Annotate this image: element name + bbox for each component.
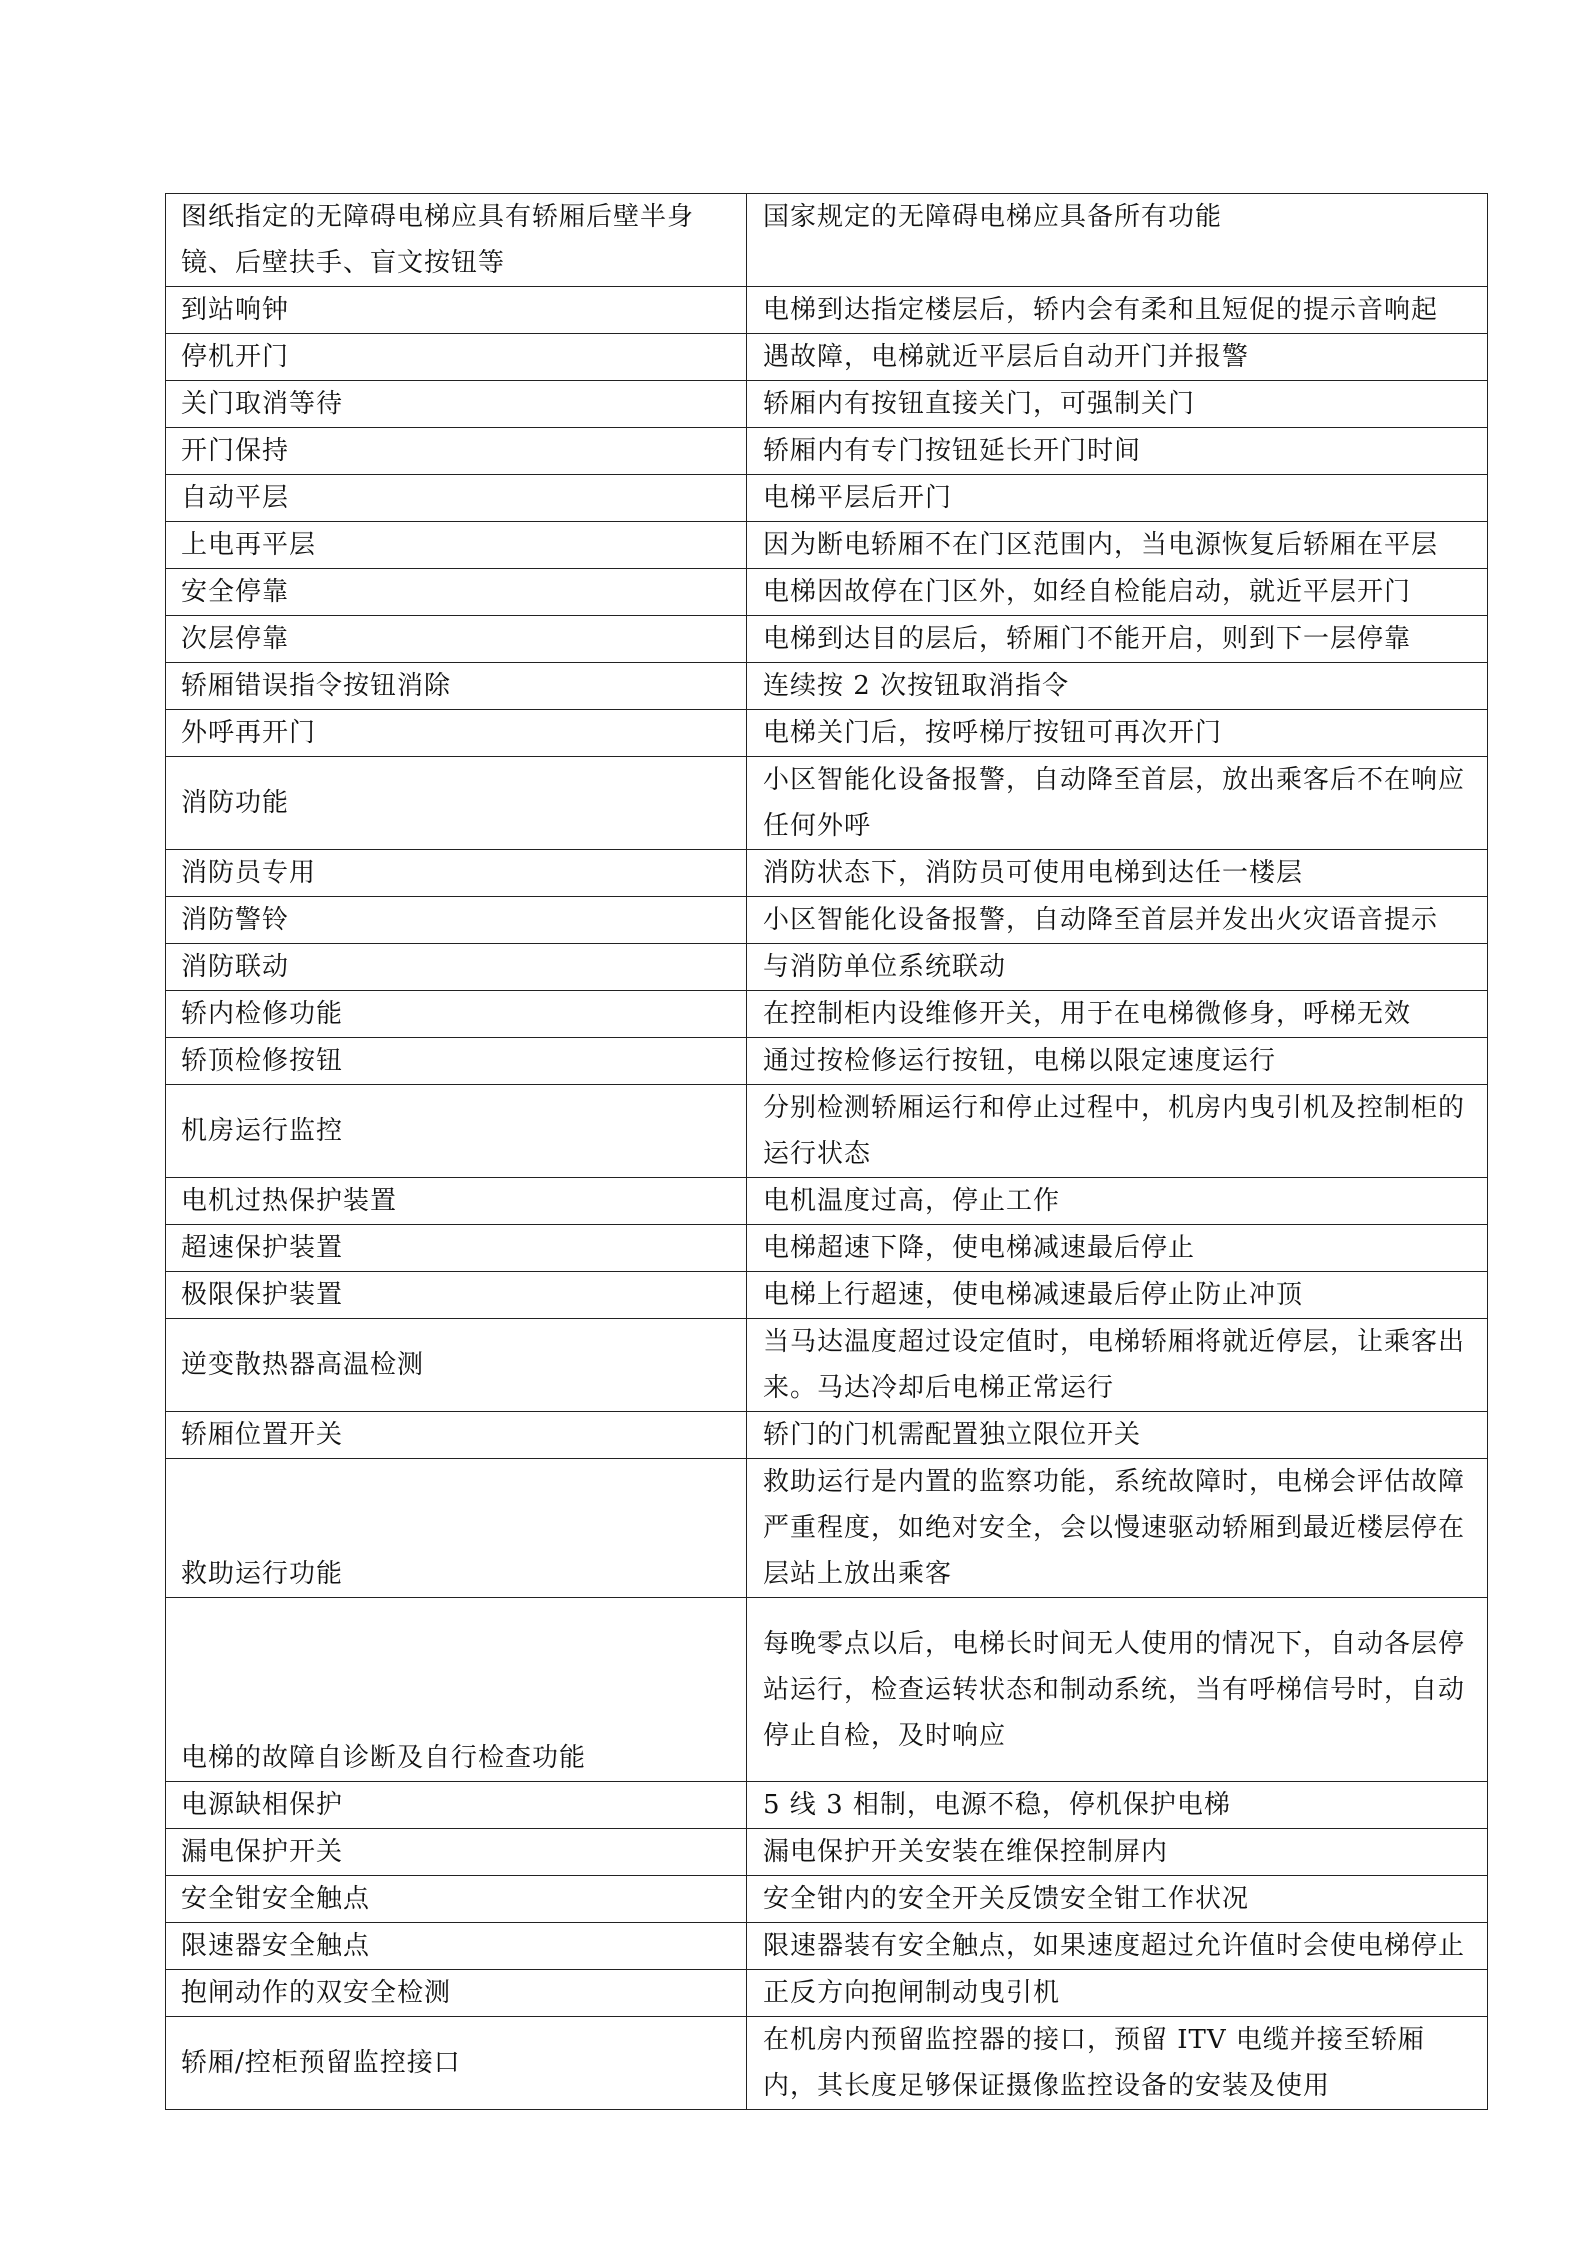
function-description-cell: 当马达温度超过设定值时，电梯轿厢将就近停层，让乘客出来。马达冷却后电梯正常运行 bbox=[747, 1319, 1488, 1412]
function-description-cell: 在机房内预留监控器的接口，预留 ITV 电缆并接至轿厢内，其长度足够保证摄像监控… bbox=[747, 2017, 1488, 2110]
function-description-cell: 国家规定的无障碍电梯应具备所有功能 bbox=[747, 194, 1488, 287]
function-name-cell: 逆变散热器高温检测 bbox=[166, 1319, 747, 1412]
table-row: 逆变散热器高温检测当马达温度超过设定值时，电梯轿厢将就近停层，让乘客出来。马达冷… bbox=[166, 1319, 1488, 1412]
table-row: 上电再平层因为断电轿厢不在门区范围内，当电源恢复后轿厢在平层 bbox=[166, 522, 1488, 569]
function-description-cell: 电机温度过高，停止工作 bbox=[747, 1178, 1488, 1225]
function-description-cell: 遇故障，电梯就近平层后自动开门并报警 bbox=[747, 334, 1488, 381]
function-name-cell: 轿内检修功能 bbox=[166, 991, 747, 1038]
function-name-cell: 轿厢位置开关 bbox=[166, 1412, 747, 1459]
table-row: 极限保护装置电梯上行超速，使电梯减速最后停止防止冲顶 bbox=[166, 1272, 1488, 1319]
table-row: 漏电保护开关漏电保护开关安装在维保控制屏内 bbox=[166, 1829, 1488, 1876]
table-row: 消防员专用消防状态下，消防员可使用电梯到达任一楼层 bbox=[166, 850, 1488, 897]
function-name-cell: 上电再平层 bbox=[166, 522, 747, 569]
table-row: 机房运行监控分别检测轿厢运行和停止过程中，机房内曳引机及控制柜的运行状态 bbox=[166, 1085, 1488, 1178]
function-description-cell: 漏电保护开关安装在维保控制屏内 bbox=[747, 1829, 1488, 1876]
function-name-cell: 消防警铃 bbox=[166, 897, 747, 944]
function-description-cell: 连续按 2 次按钮取消指令 bbox=[747, 663, 1488, 710]
function-name-cell: 消防员专用 bbox=[166, 850, 747, 897]
elevator-function-table: 图纸指定的无障碍电梯应具有轿厢后壁半身镜、后壁扶手、盲文按钮等国家规定的无障碍电… bbox=[165, 193, 1488, 2110]
table-row: 抱闸动作的双安全检测正反方向抱闸制动曳引机 bbox=[166, 1970, 1488, 2017]
function-description-cell: 电梯到达目的层后，轿厢门不能开启，则到下一层停靠 bbox=[747, 616, 1488, 663]
function-description-cell: 电梯关门后，按呼梯厅按钮可再次开门 bbox=[747, 710, 1488, 757]
table-row: 超速保护装置电梯超速下降，使电梯减速最后停止 bbox=[166, 1225, 1488, 1272]
function-name-cell: 电梯的故障自诊断及自行检查功能 bbox=[166, 1598, 747, 1782]
function-description-cell: 救助运行是内置的监察功能，系统故障时，电梯会评估故障 严重程度，如绝对安全，会以… bbox=[747, 1459, 1488, 1598]
function-name-cell: 到站响钟 bbox=[166, 287, 747, 334]
function-name-cell: 机房运行监控 bbox=[166, 1085, 747, 1178]
function-name-cell: 开门保持 bbox=[166, 428, 747, 475]
table-row: 消防警铃小区智能化设备报警，自动降至首层并发出火灾语音提示 bbox=[166, 897, 1488, 944]
table-row: 开门保持轿厢内有专门按钮延长开门时间 bbox=[166, 428, 1488, 475]
function-description-cell: 轿门的门机需配置独立限位开关 bbox=[747, 1412, 1488, 1459]
function-description-cell: 限速器装有安全触点，如果速度超过允许值时会使电梯停止 bbox=[747, 1923, 1488, 1970]
function-description-cell: 电梯因故停在门区外，如经自检能启动，就近平层开门 bbox=[747, 569, 1488, 616]
function-name-cell: 消防功能 bbox=[166, 757, 747, 850]
function-name-cell: 电机过热保护装置 bbox=[166, 1178, 747, 1225]
function-description-cell: 小区智能化设备报警，自动降至首层并发出火灾语音提示 bbox=[747, 897, 1488, 944]
function-name-cell: 漏电保护开关 bbox=[166, 1829, 747, 1876]
function-name-cell: 消防联动 bbox=[166, 944, 747, 991]
function-description-cell: 小区智能化设备报警，自动降至首层，放出乘客后不在响应任何外呼 bbox=[747, 757, 1488, 850]
function-description-cell: 通过按检修运行按钮，电梯以限定速度运行 bbox=[747, 1038, 1488, 1085]
table-row: 次层停靠电梯到达目的层后，轿厢门不能开启，则到下一层停靠 bbox=[166, 616, 1488, 663]
table-row: 轿厢位置开关轿门的门机需配置独立限位开关 bbox=[166, 1412, 1488, 1459]
table-row: 电源缺相保护5 线 3 相制，电源不稳，停机保护电梯 bbox=[166, 1782, 1488, 1829]
table-row: 电梯的故障自诊断及自行检查功能每晚零点以后，电梯长时间无人使用的情况下，自动各层… bbox=[166, 1598, 1488, 1782]
function-name-cell: 安全钳安全触点 bbox=[166, 1876, 747, 1923]
function-description-cell: 轿厢内有专门按钮延长开门时间 bbox=[747, 428, 1488, 475]
function-description-cell: 电梯上行超速，使电梯减速最后停止防止冲顶 bbox=[747, 1272, 1488, 1319]
table-row: 图纸指定的无障碍电梯应具有轿厢后壁半身镜、后壁扶手、盲文按钮等国家规定的无障碍电… bbox=[166, 194, 1488, 287]
table-row: 轿内检修功能在控制柜内设维修开关，用于在电梯微修身，呼梯无效 bbox=[166, 991, 1488, 1038]
function-description-cell: 每晚零点以后，电梯长时间无人使用的情况下，自动各层停站运行，检查运转状态和制动系… bbox=[747, 1598, 1488, 1782]
function-description-cell: 正反方向抱闸制动曳引机 bbox=[747, 1970, 1488, 2017]
function-name-cell: 轿顶检修按钮 bbox=[166, 1038, 747, 1085]
function-name-cell: 超速保护装置 bbox=[166, 1225, 747, 1272]
function-description-cell: 电梯超速下降，使电梯减速最后停止 bbox=[747, 1225, 1488, 1272]
function-description-cell: 安全钳内的安全开关反馈安全钳工作状况 bbox=[747, 1876, 1488, 1923]
function-name-cell: 自动平层 bbox=[166, 475, 747, 522]
table-row: 自动平层电梯平层后开门 bbox=[166, 475, 1488, 522]
function-name-cell: 安全停靠 bbox=[166, 569, 747, 616]
function-name-cell: 轿厢错误指令按钮消除 bbox=[166, 663, 747, 710]
table-row: 消防联动与消防单位系统联动 bbox=[166, 944, 1488, 991]
function-description-cell: 因为断电轿厢不在门区范围内，当电源恢复后轿厢在平层 bbox=[747, 522, 1488, 569]
function-description-cell: 电梯平层后开门 bbox=[747, 475, 1488, 522]
function-description-cell: 在控制柜内设维修开关，用于在电梯微修身，呼梯无效 bbox=[747, 991, 1488, 1038]
function-description-cell: 分别检测轿厢运行和停止过程中，机房内曳引机及控制柜的运行状态 bbox=[747, 1085, 1488, 1178]
table-row: 外呼再开门电梯关门后，按呼梯厅按钮可再次开门 bbox=[166, 710, 1488, 757]
function-name-cell: 抱闸动作的双安全检测 bbox=[166, 1970, 747, 2017]
function-name-cell: 极限保护装置 bbox=[166, 1272, 747, 1319]
table-row: 安全钳安全触点安全钳内的安全开关反馈安全钳工作状况 bbox=[166, 1876, 1488, 1923]
table-row: 轿厢/控柜预留监控接口在机房内预留监控器的接口，预留 ITV 电缆并接至轿厢内，… bbox=[166, 2017, 1488, 2110]
table-row: 安全停靠电梯因故停在门区外，如经自检能启动，就近平层开门 bbox=[166, 569, 1488, 616]
table-row: 限速器安全触点限速器装有安全触点，如果速度超过允许值时会使电梯停止 bbox=[166, 1923, 1488, 1970]
table-row: 救助运行功能救助运行是内置的监察功能，系统故障时，电梯会评估故障 严重程度，如绝… bbox=[166, 1459, 1488, 1598]
table-row: 到站响钟电梯到达指定楼层后，轿内会有柔和且短促的提示音响起 bbox=[166, 287, 1488, 334]
table-row: 消防功能小区智能化设备报警，自动降至首层，放出乘客后不在响应任何外呼 bbox=[166, 757, 1488, 850]
function-description-cell: 轿厢内有按钮直接关门，可强制关门 bbox=[747, 381, 1488, 428]
function-name-cell: 关门取消等待 bbox=[166, 381, 747, 428]
function-description-cell: 电梯到达指定楼层后，轿内会有柔和且短促的提示音响起 bbox=[747, 287, 1488, 334]
table-body: 图纸指定的无障碍电梯应具有轿厢后壁半身镜、后壁扶手、盲文按钮等国家规定的无障碍电… bbox=[166, 194, 1488, 2110]
function-description-cell: 消防状态下，消防员可使用电梯到达任一楼层 bbox=[747, 850, 1488, 897]
function-name-cell: 救助运行功能 bbox=[166, 1459, 747, 1598]
table-row: 轿顶检修按钮通过按检修运行按钮，电梯以限定速度运行 bbox=[166, 1038, 1488, 1085]
table-row: 停机开门遇故障，电梯就近平层后自动开门并报警 bbox=[166, 334, 1488, 381]
table-row: 关门取消等待轿厢内有按钮直接关门，可强制关门 bbox=[166, 381, 1488, 428]
function-name-cell: 电源缺相保护 bbox=[166, 1782, 747, 1829]
function-name-cell: 次层停靠 bbox=[166, 616, 747, 663]
function-name-cell: 轿厢/控柜预留监控接口 bbox=[166, 2017, 747, 2110]
table-row: 轿厢错误指令按钮消除连续按 2 次按钮取消指令 bbox=[166, 663, 1488, 710]
document-page: 图纸指定的无障碍电梯应具有轿厢后壁半身镜、后壁扶手、盲文按钮等国家规定的无障碍电… bbox=[0, 0, 1587, 2245]
function-name-cell: 外呼再开门 bbox=[166, 710, 747, 757]
function-name-cell: 停机开门 bbox=[166, 334, 747, 381]
function-description-cell: 5 线 3 相制，电源不稳，停机保护电梯 bbox=[747, 1782, 1488, 1829]
function-name-cell: 图纸指定的无障碍电梯应具有轿厢后壁半身镜、后壁扶手、盲文按钮等 bbox=[166, 194, 747, 287]
table-row: 电机过热保护装置电机温度过高，停止工作 bbox=[166, 1178, 1488, 1225]
function-description-cell: 与消防单位系统联动 bbox=[747, 944, 1488, 991]
function-name-cell: 限速器安全触点 bbox=[166, 1923, 747, 1970]
